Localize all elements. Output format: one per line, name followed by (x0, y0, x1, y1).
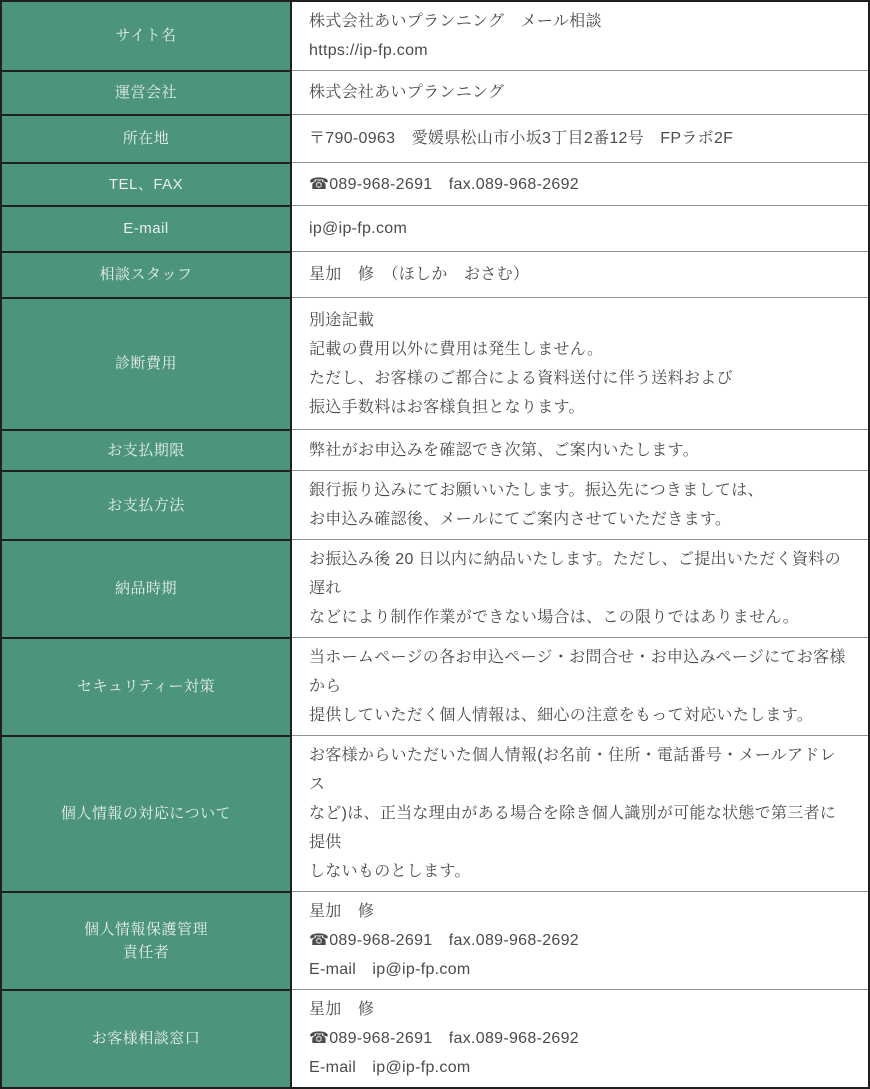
row-header-tel-fax: TEL、FAX (1, 163, 291, 206)
table-row-personal-info-handling: 個人情報の対応について お客様からいただいた個人情報(お名前・住所・電話番号・メ… (1, 736, 869, 892)
row-content-diagnosis-fee: 別途記載 記載の費用以外に費用は発生しません。 ただし、お客様のご都合による資料… (291, 298, 869, 430)
table-row-operating-company: 運営会社 株式会社あいプランニング (1, 71, 869, 115)
row-content-personal-info-handling: お客様からいただいた個人情報(お名前・住所・電話番号・メールアドレス など)は、… (291, 736, 869, 892)
table-row-site-name: サイト名 株式会社あいプランニング メール相談 https://ip-fp.co… (1, 1, 869, 71)
row-content-operating-company: 株式会社あいプランニング (291, 71, 869, 115)
row-header-customer-contact: お客様相談窓口 (1, 990, 291, 1089)
company-info-table: サイト名 株式会社あいプランニング メール相談 https://ip-fp.co… (0, 0, 870, 1089)
row-header-payment-deadline: お支払期限 (1, 430, 291, 471)
table-row-security-measures: セキュリティー対策 当ホームページの各お申込ページ・お問合せ・お申込みページにて… (1, 638, 869, 736)
table-row-email: E-mail ip@ip-fp.com (1, 206, 869, 252)
row-content-tel-fax: ☎089-968-2691 fax.089-968-2692 (291, 163, 869, 206)
row-header-payment-method: お支払方法 (1, 471, 291, 540)
row-content-address: 〒790-0963 愛媛県松山市小坂3丁目2番12号 FPラボ2F (291, 115, 869, 163)
row-content-consultation-staff: 星加 修 （ほしか おさむ） (291, 252, 869, 298)
row-header-consultation-staff: 相談スタッフ (1, 252, 291, 298)
row-header-address: 所在地 (1, 115, 291, 163)
row-content-delivery-time: お振込み後 20 日以内に納品いたします。ただし、ご提出いただく資料の遅れ など… (291, 540, 869, 638)
row-header-personal-info-handling: 個人情報の対応について (1, 736, 291, 892)
row-header-security-measures: セキュリティー対策 (1, 638, 291, 736)
row-content-security-measures: 当ホームページの各お申込ページ・お問合せ・お申込みページにてお客様から 提供して… (291, 638, 869, 736)
table-row-privacy-manager: 個人情報保護管理 責任者 星加 修 ☎089-968-2691 fax.089-… (1, 892, 869, 990)
row-header-diagnosis-fee: 診断費用 (1, 298, 291, 430)
row-content-customer-contact: 星加 修 ☎089-968-2691 fax.089-968-2692 E-ma… (291, 990, 869, 1089)
table-row-tel-fax: TEL、FAX ☎089-968-2691 fax.089-968-2692 (1, 163, 869, 206)
row-header-site-name: サイト名 (1, 1, 291, 71)
row-header-operating-company: 運営会社 (1, 71, 291, 115)
table-row-payment-deadline: お支払期限 弊社がお申込みを確認でき次第、ご案内いたします。 (1, 430, 869, 471)
row-content-site-name: 株式会社あいプランニング メール相談 https://ip-fp.com (291, 1, 869, 71)
row-content-payment-method: 銀行振り込みにてお願いいたします。振込先につきましては、 お申込み確認後、メール… (291, 471, 869, 540)
row-header-privacy-manager: 個人情報保護管理 責任者 (1, 892, 291, 990)
table-row-delivery-time: 納品時期 お振込み後 20 日以内に納品いたします。ただし、ご提出いただく資料の… (1, 540, 869, 638)
row-header-delivery-time: 納品時期 (1, 540, 291, 638)
table-row-customer-contact: お客様相談窓口 星加 修 ☎089-968-2691 fax.089-968-2… (1, 990, 869, 1089)
row-content-privacy-manager: 星加 修 ☎089-968-2691 fax.089-968-2692 E-ma… (291, 892, 869, 990)
row-header-email: E-mail (1, 206, 291, 252)
table-row-payment-method: お支払方法 銀行振り込みにてお願いいたします。振込先につきましては、 お申込み確… (1, 471, 869, 540)
table-row-address: 所在地 〒790-0963 愛媛県松山市小坂3丁目2番12号 FPラボ2F (1, 115, 869, 163)
table-row-consultation-staff: 相談スタッフ 星加 修 （ほしか おさむ） (1, 252, 869, 298)
row-content-payment-deadline: 弊社がお申込みを確認でき次第、ご案内いたします。 (291, 430, 869, 471)
table-row-diagnosis-fee: 診断費用 別途記載 記載の費用以外に費用は発生しません。 ただし、お客様のご都合… (1, 298, 869, 430)
company-info-table-body: サイト名 株式会社あいプランニング メール相談 https://ip-fp.co… (1, 1, 869, 1088)
row-content-email: ip@ip-fp.com (291, 206, 869, 252)
